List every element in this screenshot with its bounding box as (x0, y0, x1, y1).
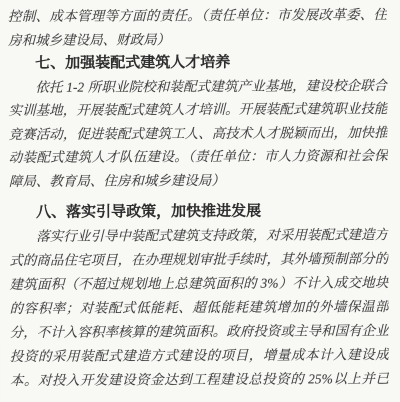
intro-paragraph: 控制、成本管理等方面的责任。（责任单位：市发展改革委、住 房和城乡建设局、财政局… (8, 3, 387, 52)
text-line: 建筑面积（不超过规划地上总建筑面积的 3%）不计入成交地块 (9, 271, 388, 297)
text-line: 式的商品住宅项目，在办理规划审批手续时，其外墙预制部分的 (9, 247, 388, 273)
text-line: 实训基地，开展装配式建筑人才培训。开展装配式建筑职业技能 (8, 97, 387, 122)
text-line: 的容积率；对装配式低能耗、超低能耗建筑增加的外墙保温部 (9, 295, 388, 321)
text-line: 本。对投入开发建设资金达到工程建设总投资的 25%以上并已确 (10, 367, 389, 393)
text-line: 控制、成本管理等方面的责任。（责任单位：市发展改革委、住 (8, 3, 387, 28)
section-heading-8: 八、落实引导政策，加快推进发展 (9, 199, 388, 224)
text-line: 落实行业引导中装配式建筑支持政策，对采用装配式建造方 (9, 223, 388, 249)
text-line: 房和城乡建设局、财政局） (8, 27, 387, 52)
text-line: 动装配式建筑人才队伍建设。（责任单位：市人力资源和社会保 (9, 144, 388, 169)
text-line: 障局、教育局、住房和城乡建设局） (9, 168, 388, 193)
section-heading-7: 七、加强装配式建筑人才培养 (8, 50, 387, 75)
text-line: 依托 1-2 所职业院校和装配式建筑产业基地，建设校企联合 (8, 74, 387, 99)
section-8-paragraph: 落实行业引导中装配式建筑支持政策，对采用装配式建造方 式的商品住宅项目，在办理规… (9, 223, 389, 393)
section-7-paragraph: 依托 1-2 所职业院校和装配式建筑产业基地，建设校企联合 实训基地，开展装配式… (8, 74, 388, 193)
text-line: 竞赛活动，促进装配式建筑工人、高技术人才脱颖而出，加快推 (9, 121, 388, 146)
text-line: 投资的采用装配式建造方式建设的项目，增量成本计入建设成 (10, 343, 389, 369)
text-line: 分，不计入容积率核算的建筑面积。政府投资或主导和国有企业 (10, 319, 389, 345)
document-page: 控制、成本管理等方面的责任。（责任单位：市发展改革委、住 房和城乡建设局、财政局… (0, 0, 400, 402)
